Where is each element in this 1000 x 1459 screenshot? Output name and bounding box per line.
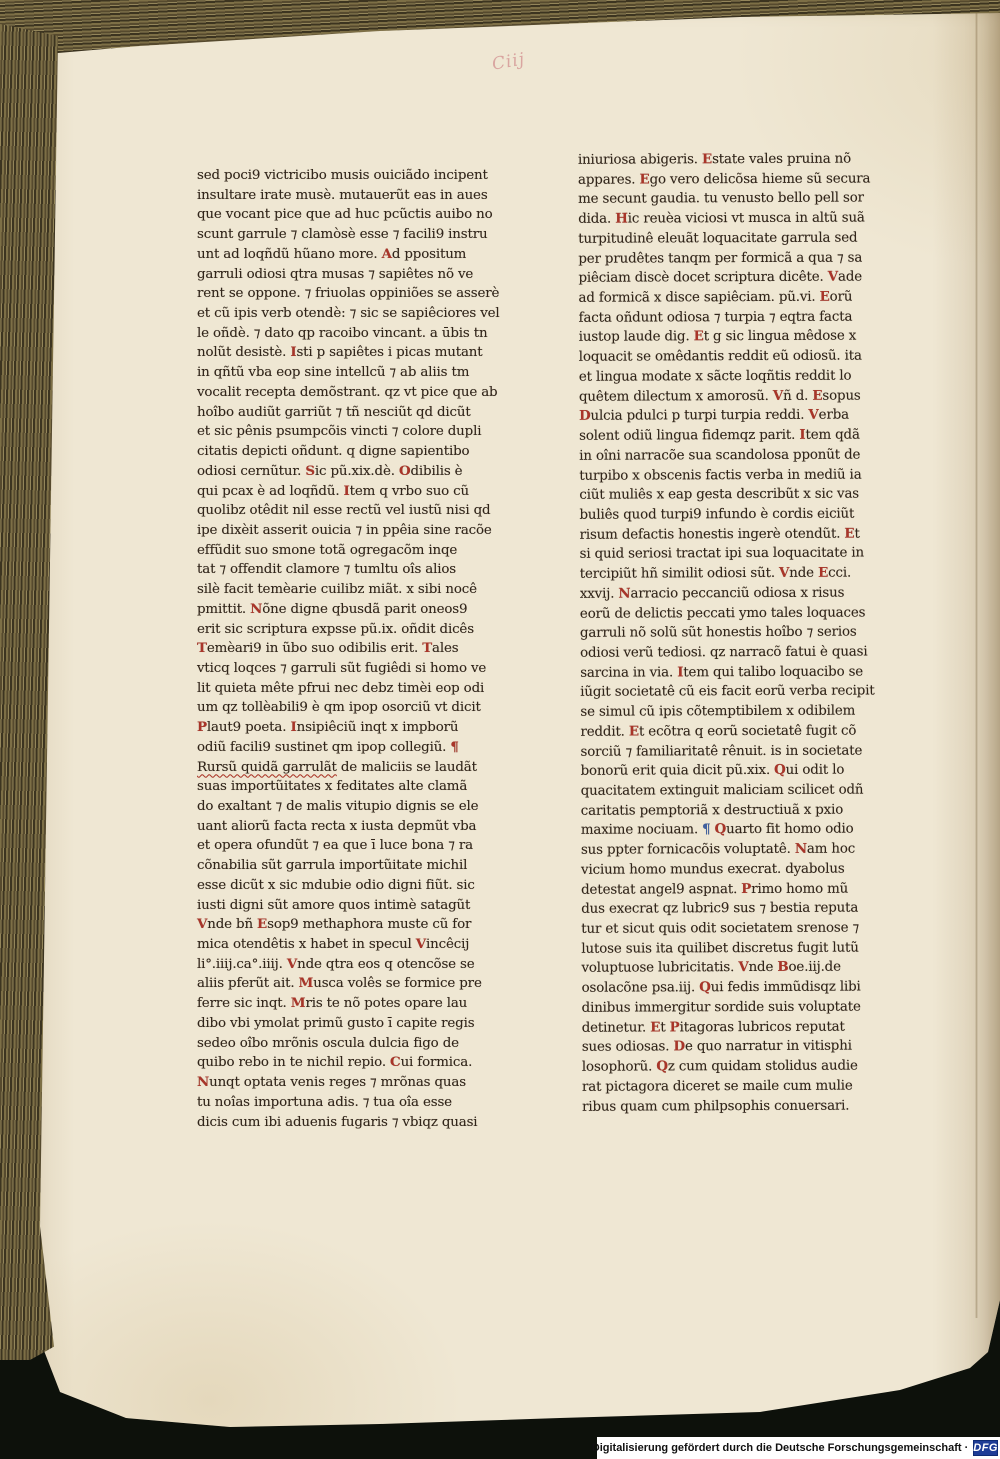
text-line: vicium homo mundus execrat. dyabolus [581,859,931,880]
text-line: detestat angel9 aspnat. Primo homo mũ [581,879,931,900]
text-line: voluptuose lubricitatis. Vnde Boe.iij.de [581,958,931,979]
text-line: effũdit suo smone totã ogregacõm inqe [197,541,542,561]
text-line: vticq loqces ⁊ garruli sũt fugiêdi si ho… [197,659,542,679]
annotation-blue: ¶ [702,822,710,838]
text-line: et lingua modate x sãcte loqñtis reddit … [579,366,929,387]
dfg-logo: DFG [973,1440,998,1456]
rubric-red: E [844,525,854,541]
text-line: Dulcia pdulci p turpi turpia reddi. Verb… [579,406,929,427]
rubric-red: N [618,585,630,601]
rubric-red: V [416,936,426,952]
rubric-red: A [382,246,392,262]
text-line: buliês quod turpi9 infundo è cordis eici… [579,504,929,525]
text-line: loquacit se omêdantis reddit eũ odiosũ. … [579,346,929,367]
text-line: et sic pênis psumpcõis vincti ⁊ colore d… [197,422,542,442]
rubric-red: P [197,719,207,735]
text-line: Nunqt optata venis reges ⁊ mrõnas quas [197,1073,542,1093]
text-line: se simul cũ ipis cõtemptibilem x odibile… [580,701,930,722]
text-line: erit sic scriptura expsse pũ.ix. oñdit d… [197,620,542,640]
rubric-red: E [694,329,704,345]
text-line: lutose suis ita quilibet discretus fugit… [581,938,931,959]
text-line: odiosi verũ tediosi. qz narracõ fatui è … [580,642,930,663]
rubric-red: E [629,723,639,739]
text-line: lit quieta mête pfrui nec debz timèi eop… [197,679,542,699]
rubric-red: N [250,601,262,617]
rubric-red: Q [656,1058,668,1074]
rubric-red: E [820,289,830,305]
text-line: ipe dixèit asserit ouicia ⁊ in ppêia sin… [197,521,542,541]
text-line: iũgit societatê cũ eis facit eorũ verba … [580,682,930,703]
text-line: tat ⁊ offendit clamore ⁊ tumltu oîs alio… [197,560,542,580]
text-line: sedeo oîbo mrõnis oscula dulcia figo de [197,1034,542,1054]
text-line: qui pcax è ad loqñdũ. Item q vrbo suo cũ [197,482,542,502]
text-line: tercipiũt hñ similit odiosi sũt. Vnde Ec… [580,563,930,584]
text-line: Plaut9 poeta. Insipiêciũ inqt x impborũ [197,718,542,738]
rubric-red: I [290,719,296,735]
text-line: turpibo x obscenis factis verba in mediũ… [579,465,929,486]
text-line: ribus quam cum philpsophis conuersari. [582,1096,932,1117]
rubric-red: M [291,995,306,1011]
credit-caption: Digitalisierung gefördert durch die Deut… [592,1442,969,1454]
text-line: ad formicã x disce sapiêciam. pũ.vi. Eor… [578,287,928,308]
rubric-red: V [808,407,818,423]
text-line: dicis cum ibi aduenis fugaris ⁊ vbiqz qu… [197,1113,542,1133]
text-line: quolibz otêdit nil esse rectũ vel iustũ … [197,501,542,521]
text-line: iustop laude dig. Et g sic lingua mêdose… [579,327,929,348]
text-line: in qñtũ vba eop sine intellcũ ⁊ ab aliis… [197,363,542,383]
text-line: losophorũ. Qz cum quidam stolidus audie [582,1056,932,1077]
text-line: sarcina in via. Item qui talibo loquacib… [580,662,930,683]
rubric-red: E [812,387,822,403]
text-line: iusti digni sũt amore quos intimè satagũ… [197,896,542,916]
text-line: caritatis pemptoriã x destructiuã x pxio [581,800,931,821]
rubric-red: C [390,1054,401,1070]
rubric-red: V [287,956,297,972]
rubric-red: E [650,1019,660,1035]
text-line: esse dicũt x sic mdubie odio digni fiũt.… [197,876,542,896]
text-line: uant aliorũ facta recta x iusta depmũt v… [197,817,542,837]
text-line: me secunt gaudia. tu venusto bello pell … [578,189,928,210]
rubric-red: N [197,1074,209,1090]
rubric-red: O [399,463,411,479]
text-line: sues odiosas. De quo narratur in vitisph… [582,1037,932,1058]
rubric-red: P [741,881,751,897]
text-line: aliis pferũt ait. Musca volês se formice… [197,974,542,994]
text-line: hoîbo audiũt garriũt ⁊ tñ nesciũt qd dic… [197,403,542,423]
rubric-red: V [779,565,789,581]
text-line: garruli odiosi qtra musas ⁊ sapiêtes nõ … [197,265,542,285]
text-line: sorciũ ⁊ familiaritatê rênuit. is in soc… [580,741,930,762]
text-line: sus ppter fornicacõis voluptatê. Nam hoc [581,839,931,860]
rubric-red: ¶ [450,739,458,755]
text-line: ferre sic inqt. Mris te nõ potes opare l… [197,994,542,1014]
text-column-right: iniuriosa abigeris. Estate vales pruina … [578,149,932,1117]
rubric-red: S [305,463,315,479]
text-line: garruli nõ solũ sũt honestis hoîbo ⁊ ser… [580,622,930,643]
scan-viewport: Ciij sed poci9 victricibo musis ouiciãdo… [0,0,1000,1459]
rubric-red: V [738,960,748,976]
text-line: appares. Ego vero delicõsa hieme sũ secu… [578,169,928,190]
rubric-red: E [702,151,712,167]
text-line: li°.iiij.ca°.iiij. Vnde qtra eos q otenc… [197,955,542,975]
digitization-credit-bar: Digitalisierung gefördert durch die Deut… [597,1437,1000,1459]
text-column-left: sed poci9 victricibo musis ouiciãdo inci… [197,166,542,1132]
text-line: et opera ofundũt ⁊ ea que ī luce bona ⁊ … [197,836,542,856]
text-line: le oñdè. ⁊ dato qp racoibo vincant. a ūb… [197,324,542,344]
text-line: mica otendêtis x habet in specul Vincêci… [197,935,542,955]
text-line: sed poci9 victricibo musis ouiciãdo inci… [197,166,542,186]
rubric-red: V [773,388,783,404]
text-line: si quid seriosi tractat ipi sua loquacit… [580,544,930,565]
rubric-red: T [422,640,432,656]
text-line: quacitatem extinguit maliciam scilicet o… [581,780,931,801]
text-line: citatis depicti oñdunt. q digne sapienti… [197,442,542,462]
text-line: dinibus immergitur sordide suis voluptat… [582,997,932,1018]
rubric-red: Q [715,822,727,838]
text-line: ciũt muliês x eap gesta describũt x sic … [579,484,929,505]
rubric-red: E [639,171,649,187]
text-line: tur et sicut quis odit societatem srenos… [581,918,931,939]
page-crease [975,8,978,1318]
rubric-red: H [615,211,628,227]
text-line: insultare irate musè. mutauerũt eas in a… [197,186,542,206]
rubric-red: V [828,269,838,285]
rubric-red: P [670,1019,680,1035]
text-line: bonorũ erit quia dicit pũ.xix. Qui odit … [581,761,931,782]
text-line: iniuriosa abigeris. Estate vales pruina … [578,149,928,170]
text-line: solent odiũ lingua fidemqz parit. Item q… [579,425,929,446]
text-line: pmittit. Nõne digne qbusdã parit oneos9 [197,600,542,620]
text-line: do exaltant ⁊ de malis vitupio dignis se… [197,797,542,817]
text-line: nolũt desistè. Isti p sapiêtes i picas m… [197,343,542,363]
text-line: quibo rebo in te nichil repio. Cui formi… [197,1053,542,1073]
text-line: rat pictagora diceret se maile cum mulie [582,1076,932,1097]
text-line: detinetur. Et Pitagoras lubricos reputat [582,1017,932,1038]
text-line: odiũ facili9 sustinet qm ipop collegiũ. … [197,738,542,758]
text-line: piêciam discè docet scriptura dicête. Va… [578,268,928,289]
rubric-red: T [197,640,207,656]
rubric-underlined: Rursũ quidã garrulãt [197,760,337,775]
rubric-red: E [818,565,828,581]
rubric-red: V [197,916,207,932]
text-line: eorũ de delictis peccati ymo tales loqua… [580,603,930,624]
text-line: um qz tollèabili9 è qm ipop osorciũ vt d… [197,698,542,718]
text-line: maxime nociuam. ¶ Quarto fit homo odio [581,820,931,841]
text-line: risum defactis honestis ingerè otendũt. … [580,524,930,545]
text-line: dida. Hic reuèa viciosi vt musca in altũ… [578,208,928,229]
rubric-red: N [795,841,807,857]
text-line: turpitudinê eleuãt loquacitate garrula s… [578,228,928,249]
text-line: Rursũ quidã garrulãt de maliciis se laud… [197,758,542,778]
rubric-red: M [299,975,314,991]
text-line: tu noîas importuna adis. ⁊ tua oîa esse [197,1093,542,1113]
text-line: cõnabilia sũt garrula importũitate michi… [197,856,542,876]
text-line: suas importũitates x feditates alte clam… [197,777,542,797]
rubric-red: I [799,427,805,443]
text-line: et cũ ipis verb otendè: ⁊ sic se sapiêci… [197,304,542,324]
text-line: silè facit temèarie cuilibz miãt. x sibi… [197,580,542,600]
text-line: in oîni narracõe sua scandolosa pponũt d… [579,445,929,466]
text-line: scunt garrule ⁊ clamòsè esse ⁊ facili9 i… [197,225,542,245]
text-line: Temèari9 in ũbo suo odibilis erit. Tales [197,639,542,659]
text-line: que vocant pice que ad huc pcũctis auibo… [197,205,542,225]
rubric-red: E [257,916,267,932]
text-line: vocalit recepta demõstrant. qz vt pice q… [197,383,542,403]
text-line: quêtem dilectum x amorosũ. Vñ d. Esopus [579,386,929,407]
text-line: rent se oppone. ⁊ friuolas oppiniões se … [197,284,542,304]
text-line: dus execrat qz lubric9 sus ⁊ bestia repu… [581,899,931,920]
rubric-red: B [777,959,788,975]
text-line: odiosi cernũtur. Sic pũ.xix.dè. Odibilis… [197,462,542,482]
rubric-red: Q [774,762,786,778]
text-line: Vnde bñ Esop9 methaphora muste cũ for [197,915,542,935]
text-line: unt ad loqñdũ hũano more. Ad ppositum [197,245,542,265]
rubric-red: D [579,408,591,424]
rubric-red: I [677,664,683,680]
text-line: reddit. Et ecõtra q eorũ societatê fugit… [580,721,930,742]
rubric-red: I [290,344,296,360]
rubric-red: Q [699,979,711,995]
rubric-red: I [344,483,350,499]
text-line: xxvij. Narracio peccanciũ odiosa x risus [580,583,930,604]
rubric-red: D [673,1039,685,1055]
text-line: facta oñdunt odiosa ⁊ turpia ⁊ eqtra fac… [579,307,929,328]
text-line: per prudêtes tanqm per formicã a qua ⁊ s… [578,248,928,269]
text-line: dibo vbi ymolat primũ gusto ī capite reg… [197,1014,542,1034]
text-line: osolacõne psa.iij. Qui fedis immũdisqz l… [582,977,932,998]
